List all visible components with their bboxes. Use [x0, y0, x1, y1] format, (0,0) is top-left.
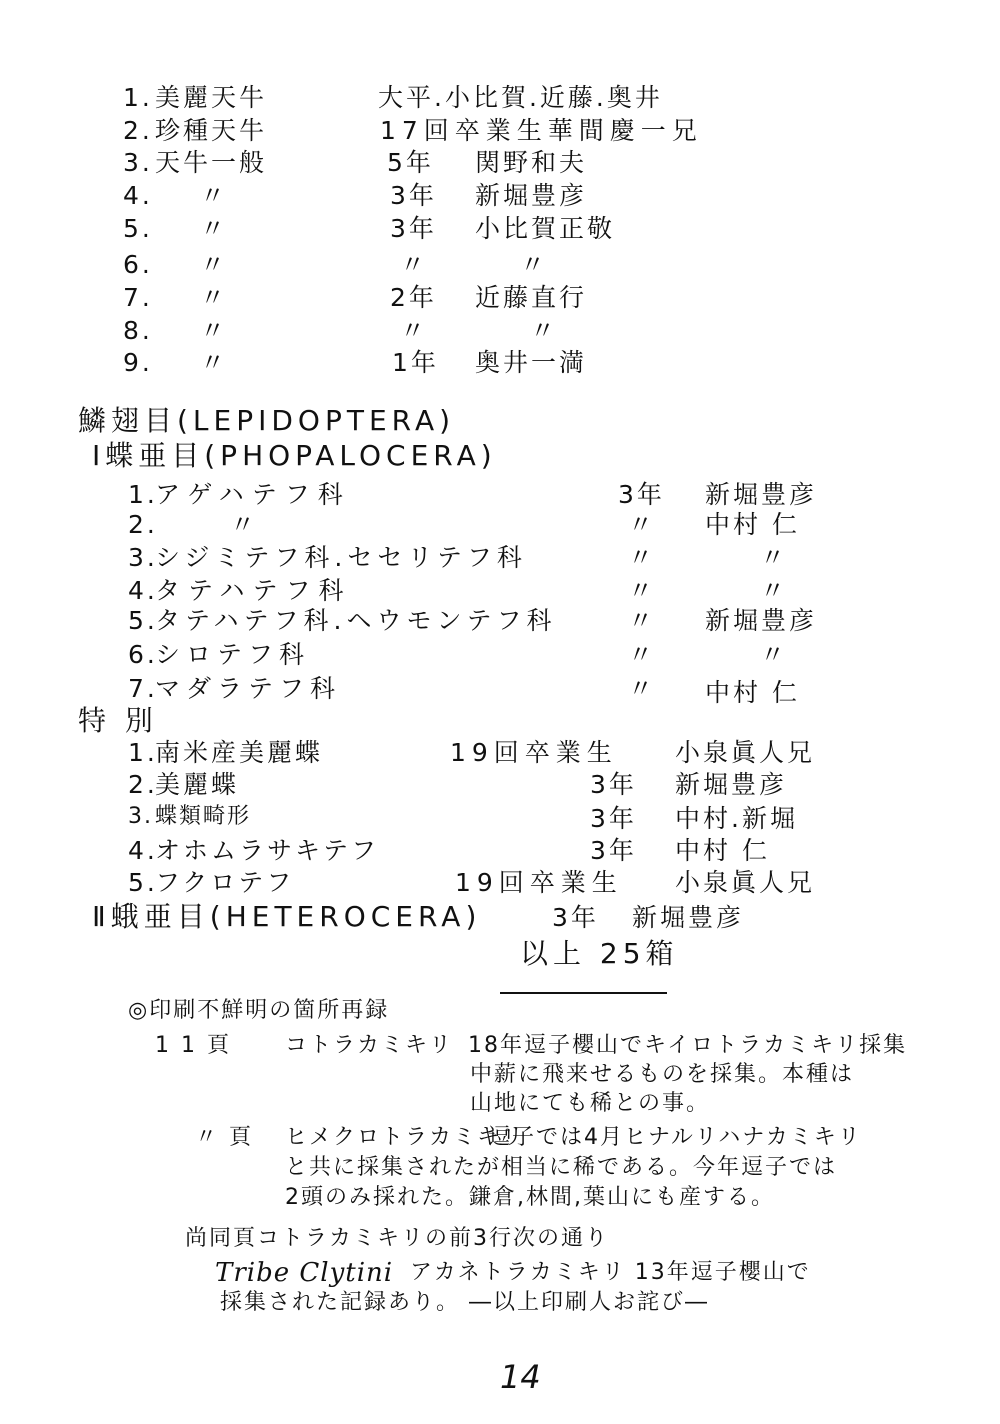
list-item-label: 〃: [200, 285, 228, 310]
errata-heading: ◎印刷不鮮明の箇所再録: [128, 1000, 389, 1022]
list-item-label: 蝶類畸形: [155, 806, 251, 828]
errata-page: 〃頁: [195, 1127, 263, 1149]
list-item-label: 美麗蝶: [155, 772, 239, 797]
list-item-label: 美麗天牛: [155, 85, 267, 110]
list-item-no: 5.: [128, 608, 158, 633]
list-item-grade: 〃: [400, 252, 428, 277]
list-item-no: 2.: [128, 512, 158, 537]
list-item-label: フクロテフ: [155, 870, 294, 895]
suborder2-grade: 3年: [552, 905, 599, 930]
list-item-label: 〃: [200, 350, 228, 375]
list-item-grade: 〃: [400, 318, 428, 343]
errata-species: コトラカミキリ: [285, 1035, 453, 1057]
list-item-no: 6.: [123, 252, 153, 277]
errata-note-heading: 尚同頁コトラカミキリの前3行次の通り: [185, 1228, 609, 1250]
list-item-name: 新堀豊彦: [475, 183, 587, 208]
list-item-name: 近藤直行: [475, 285, 587, 310]
list-item-no: 4.: [128, 578, 158, 603]
list-item-no: 7.: [128, 676, 158, 701]
list-item-label: 〃: [200, 183, 228, 208]
list-item-label: マダラテフ科: [155, 676, 341, 701]
list-item-name: 〃: [520, 252, 548, 277]
list-item-grade: 3年: [390, 216, 437, 241]
list-item-no: 1.: [128, 482, 158, 507]
list-item-label: シロテフ科: [155, 642, 310, 667]
list-item-label: 南米産美麗蝶: [155, 740, 323, 765]
total-boxes: 以上 25箱: [520, 940, 679, 968]
errata-note-line: アカネトラカミキリ 13年逗子櫻山で: [410, 1262, 811, 1284]
suborder-heading: Ⅰ蝶亜目(PHOPALOCERA): [92, 442, 497, 470]
list-item-name: 17回卒業生華間慶一兄: [380, 118, 703, 143]
list-item-label: タテハテフ科.ヘウモンテフ科: [155, 608, 556, 633]
list-item-grade: 19回卒業生: [450, 740, 618, 765]
list-item-label: シジミテフ科.セセリテフ科: [155, 545, 527, 570]
order-heading: 鱗翅目(LEPIDOPTERA): [78, 407, 455, 435]
list-item-name: 小比賀正敬: [475, 216, 615, 241]
list-item-name: 新堀豊彦: [675, 772, 787, 797]
list-item-name: 奥井一満: [475, 350, 587, 375]
suborder2-heading: Ⅱ蛾亜目(HETEROCERA): [92, 903, 481, 931]
list-item-name: 小泉眞人兄: [675, 740, 815, 765]
errata-line: 2頭のみ採れた。鎌倉,林間,葉山にも産する。: [285, 1187, 775, 1209]
list-item-label: アゲハテフ科: [155, 482, 351, 507]
errata-page: 11頁: [155, 1035, 241, 1057]
list-item-name: 〃: [760, 545, 788, 570]
list-item-grade: 3年: [618, 482, 665, 507]
list-item-label: 〃: [230, 512, 258, 537]
list-item-no: 1.: [128, 740, 158, 765]
list-item-grade: 5年: [387, 150, 434, 175]
list-item-name: 中村 仁: [675, 838, 770, 863]
list-item-no: 9.: [123, 350, 153, 375]
list-item-no: 2.: [128, 772, 158, 797]
page-number: 14: [500, 1358, 541, 1396]
list-item-label: 珍種天牛: [155, 118, 267, 143]
list-item-grade: 〃: [628, 578, 656, 603]
list-item-label: タテハテフ科: [155, 578, 352, 603]
list-item-name: 関野和夫: [475, 150, 587, 175]
list-item-grade: 〃: [628, 545, 656, 570]
list-item-name: 大平.小比賀.近藤.奥井: [378, 85, 663, 110]
special-heading: 特 別: [78, 707, 158, 735]
list-item-no: 4.: [128, 838, 158, 863]
errata-line: 中薪に飛来せるものを採集。本種は: [470, 1064, 854, 1086]
list-item-no: 1.: [123, 85, 153, 110]
list-item-grade: 3年: [590, 806, 637, 831]
list-item-no: 5.: [128, 870, 158, 895]
list-item-no: 3.: [128, 806, 153, 828]
list-item-grade: 3年: [590, 838, 637, 863]
list-item-name: 〃: [760, 642, 788, 667]
list-item-no: 5.: [123, 216, 153, 241]
list-item-label: 天牛一般: [155, 150, 267, 175]
errata-note-line: 採集された記録あり。 ―以上印刷人お詫び―: [220, 1292, 709, 1314]
list-item-name: 中村 仁: [705, 512, 800, 537]
list-item-grade: 3年: [590, 772, 637, 797]
list-item-name: 中村.新堀: [675, 806, 798, 831]
list-item-no: 3.: [128, 545, 158, 570]
list-item-grade: 〃: [628, 642, 656, 667]
list-item-name: 新堀豊彦: [705, 608, 817, 633]
list-item-no: 4.: [123, 183, 153, 208]
list-item-name: 小泉眞人兄: [675, 870, 815, 895]
list-item-label: 〃: [200, 318, 228, 343]
list-item-label: 〃: [200, 252, 228, 277]
list-item-no: 6.: [128, 642, 158, 667]
list-item-no: 8.: [123, 318, 153, 343]
list-item-label: オホムラサキテフ: [155, 838, 379, 863]
list-item-grade: 〃: [628, 512, 656, 537]
list-item-name: 〃: [760, 578, 788, 603]
list-item-grade: 2年: [390, 285, 437, 310]
errata-line: 逗子では4月ヒナルリハナカミキリ: [488, 1127, 862, 1149]
errata-note-latin: Tribe Clytini: [215, 1260, 393, 1286]
list-item-grade: 19回卒業生: [455, 870, 623, 895]
divider: [500, 992, 667, 994]
suborder2-name: 新堀豊彦: [632, 905, 744, 930]
list-item-name: 新堀豊彦: [705, 482, 817, 507]
list-item-grade: 3年: [390, 183, 437, 208]
errata-line: 18年逗子櫻山でキイロトラカミキリ採集: [468, 1035, 907, 1057]
list-item-name: 中村 仁: [705, 680, 800, 705]
errata-line: と共に採集されたが相当に稀である。今年逗子では: [285, 1157, 837, 1179]
list-item-grade: 〃: [628, 608, 656, 633]
list-item-grade: 〃: [628, 676, 656, 701]
list-item-no: 3.: [123, 150, 153, 175]
list-item-no: 7.: [123, 285, 153, 310]
list-item-name: 〃: [530, 318, 558, 343]
errata-line: 山地にても稀との事。: [470, 1093, 710, 1115]
list-item-grade: 1年: [392, 350, 439, 375]
list-item-label: 〃: [200, 216, 228, 241]
list-item-no: 2.: [123, 118, 153, 143]
